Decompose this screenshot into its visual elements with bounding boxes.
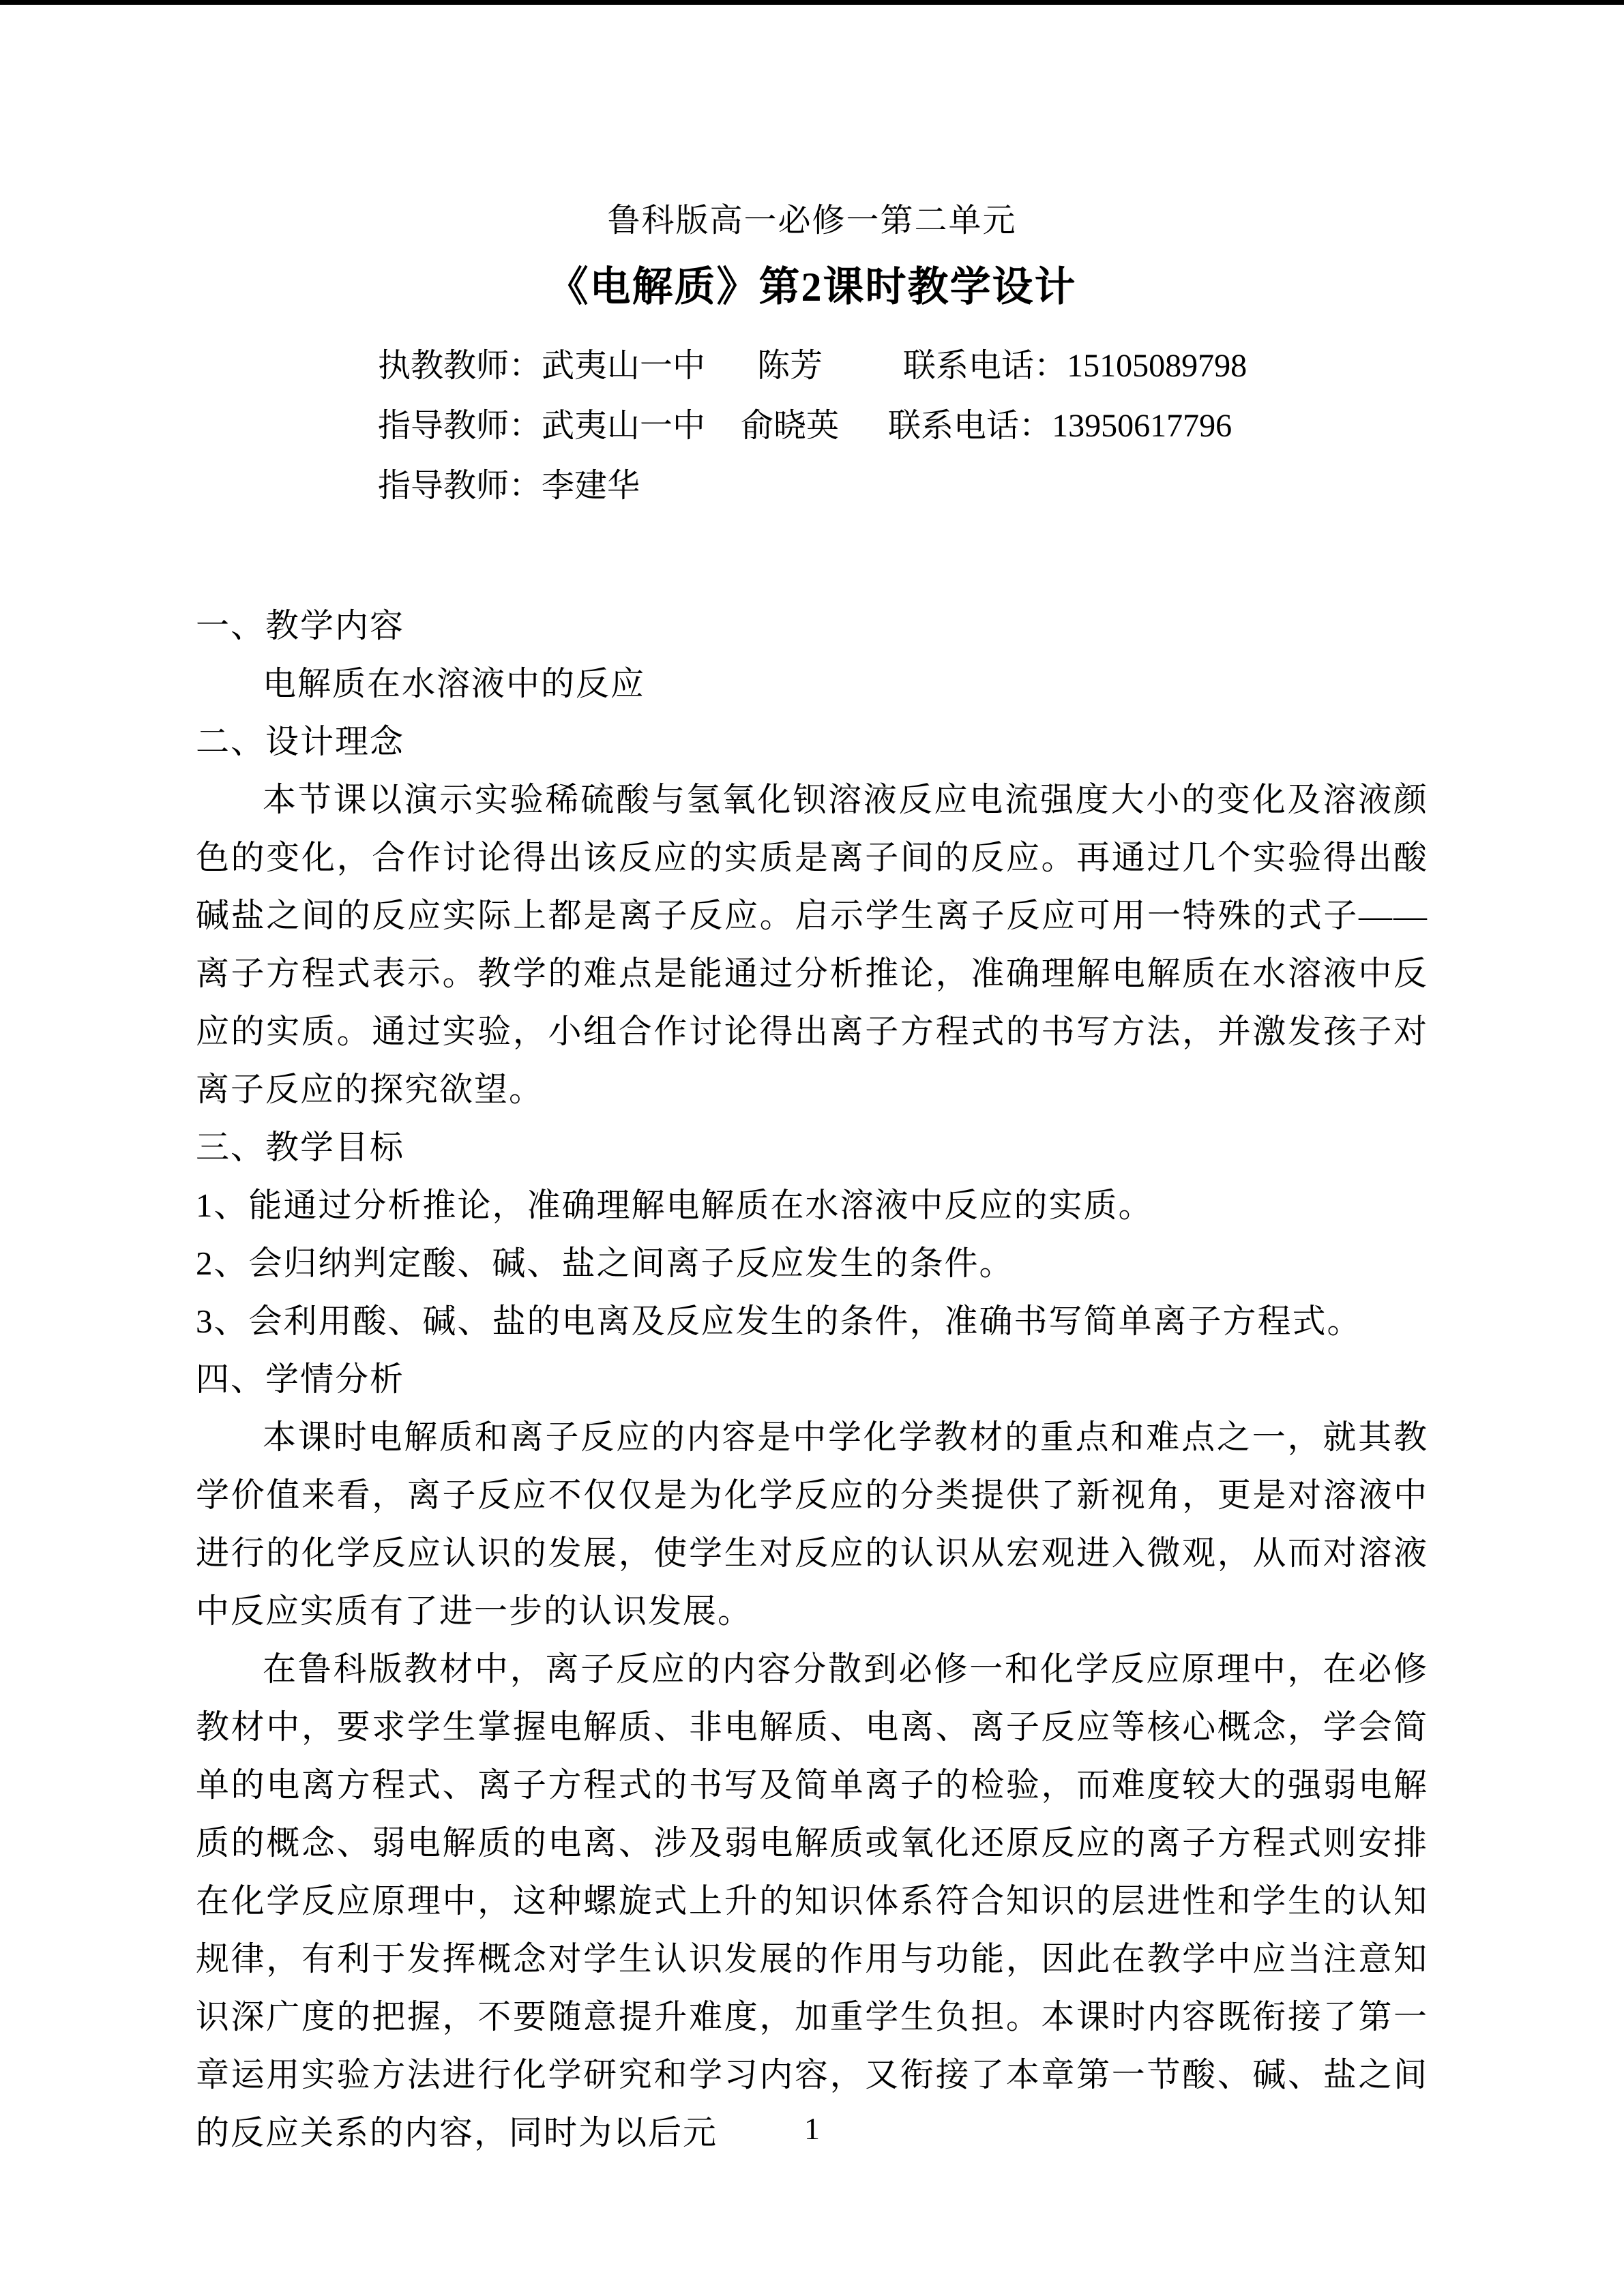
objective-item-1: 1、能通过分析推论，准确理解电解质在水溶液中反应的实质。 [196,1176,1428,1234]
section-heading-1: 一、教学内容 [196,597,1428,655]
teacher-line-1: 执教教师：武夷山一中陈芳联系电话：15105089798 [196,336,1428,396]
phone-number: 15105089798 [1067,348,1247,384]
page-top-border [0,0,1624,5]
document-content: 鲁科版高一必修一第二单元 《电解质》第2课时教学设计 执教教师：武夷山一中陈芳联… [0,201,1624,2162]
teacher-role-label: 执教教师： [378,348,542,384]
spacer [839,436,888,436]
teacher-line-3: 指导教师：李建华 [196,456,1428,516]
document-subtitle: 鲁科版高一必修一第二单元 [196,201,1428,241]
section-4-paragraph-2: 在鲁科版教材中，离子反应的内容分散到必修一和化学反应原理中，在必修教材中，要求学… [196,1640,1428,2162]
teacher-name: 俞晓英 [741,408,839,444]
document-body: 一、教学内容 电解质在水溶液中的反应 二、设计理念 本节课以演示实验稀硫酸与氢氧… [196,597,1428,2162]
teacher-name: 陈芳 [757,348,823,384]
teacher-school: 武夷山一中 [542,348,705,384]
section-heading-3: 三、教学目标 [196,1118,1428,1176]
section-heading-4: 四、学情分析 [196,1350,1428,1408]
teacher-role-label: 指导教师： [378,408,542,444]
section-heading-2: 二、设计理念 [196,713,1428,771]
section-2-paragraph: 本节课以演示实验稀硫酸与氢氧化钡溶液反应电流强度大小的变化及溶液颜色的变化，合作… [196,771,1428,1118]
section-1-paragraph: 电解质在水溶液中的反应 [196,655,1428,713]
teacher-school: 武夷山一中 [542,408,705,444]
teacher-name: 李建华 [542,468,640,504]
phone-label: 联系电话： [903,348,1067,384]
section-4-paragraph-1: 本课时电解质和离子反应的内容是中学化学教材的重点和难点之一，就其教学价值来看，离… [196,1408,1428,1640]
phone-label: 联系电话： [888,408,1052,444]
phone-number: 13950617796 [1052,408,1232,444]
objective-item-3: 3、会利用酸、碱、盐的电离及反应发生的条件，准确书写简单离子方程式。 [196,1292,1428,1350]
objective-item-2: 2、会归纳判定酸、碱、盐之间离子反应发生的条件。 [196,1234,1428,1292]
document-title: 《电解质》第2课时教学设计 [196,263,1428,312]
spacer [823,376,903,376]
page-number: 1 [0,2113,1624,2145]
teacher-role-label: 指导教师： [378,468,542,504]
spacer [705,436,741,436]
teacher-line-2: 指导教师：武夷山一中俞晓英联系电话：13950617796 [196,396,1428,456]
document-page: 鲁科版高一必修一第二单元 《电解质》第2课时教学设计 执教教师：武夷山一中陈芳联… [0,0,1624,2296]
spacer [705,376,757,376]
teacher-info-block: 执教教师：武夷山一中陈芳联系电话：15105089798 指导教师：武夷山一中俞… [196,336,1428,516]
